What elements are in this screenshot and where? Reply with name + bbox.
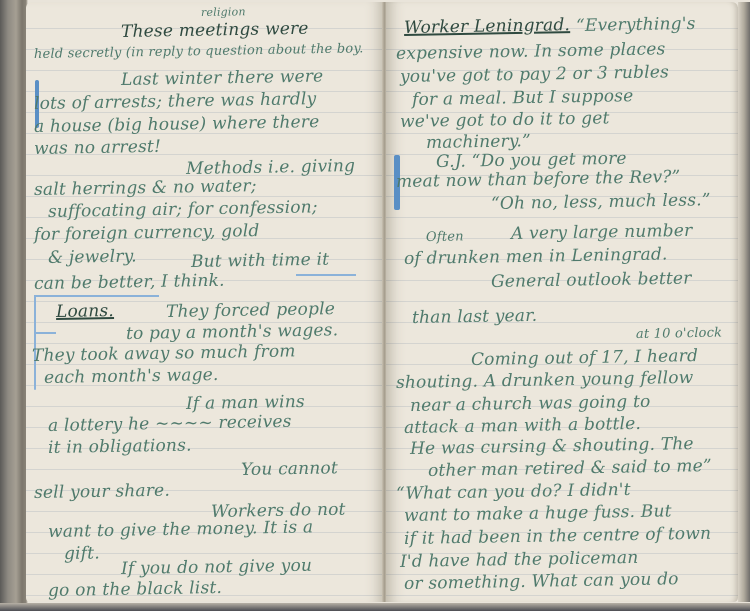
handwritten-line: was no arrest! [34, 137, 161, 159]
handwritten-line: for foreign currency, gold [34, 221, 260, 245]
handwritten-line: to pay a month's wages. [126, 320, 339, 344]
handwritten-line: These meetings were [121, 19, 309, 42]
handwritten-line: But with time it [191, 250, 329, 272]
handwritten-line: “What can you do? I didn't [396, 480, 631, 504]
handwritten-line: for a meal. But I suppose [412, 86, 634, 110]
handwritten-line: sell your share. [34, 481, 170, 503]
handwritten-line: near a church was going to [410, 392, 651, 416]
handwritten-line: They took away so much from [32, 341, 296, 366]
margin-bracket-stub [36, 332, 56, 334]
handwritten-line: Often [426, 229, 464, 245]
notebook-right-edge [738, 2, 750, 602]
notebook-spread: religion These meetings were held secret… [0, 0, 750, 611]
handwritten-line: go on the black list. [48, 578, 222, 601]
handwritten-line: attack a man with a bottle. [404, 414, 641, 438]
handwritten-line: expensive now. In some places [396, 39, 666, 64]
handwritten-line: I'd have had the policeman [400, 548, 639, 572]
handwritten-line: They forced people [166, 299, 335, 322]
handwritten-line: Methods i.e. giving [186, 156, 356, 179]
handwritten-line: lots of arrests; there was hardly [34, 89, 317, 114]
handwritten-line: other man retired & said to me” [428, 456, 712, 481]
handwritten-line: if it had been in the centre of town [404, 524, 712, 549]
handwritten-line: or something. What can you do [404, 569, 679, 594]
handwritten-line: A very large number [511, 221, 693, 244]
handwritten-line: want to give the money. It is a [48, 517, 314, 542]
handwritten-line: religion [201, 5, 246, 19]
handwritten-line: Coming out of 17, I heard [471, 346, 698, 370]
handwritten-line: want to make a huge fuss. But [404, 501, 672, 526]
right-page: Worker Leningrad. “Everything's expensiv… [386, 2, 738, 602]
handwritten-line: a lottery he ~~~~ receives [48, 412, 292, 436]
handwritten-line: held secretly (in reply to question abou… [34, 41, 364, 62]
handwritten-line: suffocating air; for confession; [48, 197, 318, 222]
left-page: religion These meetings were held secret… [26, 2, 384, 602]
handwritten-line: a house (big house) where there [34, 112, 320, 137]
handwritten-line: than last year. [412, 306, 538, 328]
handwritten-line: we've got to do it to get [400, 108, 610, 132]
handwritten-line: at 10 o'clock [636, 325, 722, 342]
handwritten-line: “Oh no, less, much less.” [491, 190, 711, 214]
handwritten-line: meat now than before the Rev?” [396, 167, 681, 192]
handwritten-line: it in obligations. [48, 435, 192, 458]
handwritten-line: salt herrings & no water; [34, 176, 257, 200]
handwritten-line: “Everything's [576, 14, 696, 36]
handwritten-line: He was cursing & shouting. The [410, 434, 694, 459]
handwritten-line: If you do not give you [121, 556, 312, 579]
margin-bracket-side [34, 295, 36, 390]
handwritten-line: each month's wage. [44, 365, 219, 388]
handwritten-line: Last winter there were [121, 66, 324, 90]
handwritten-line: If a man wins [186, 392, 305, 414]
margin-bracket-top [34, 295, 159, 297]
handwritten-line: can be better, I think. [34, 271, 225, 294]
handwritten-line: You cannot [241, 458, 338, 480]
notebook-bottom-edge [0, 603, 750, 611]
margin-underline-mid [296, 274, 356, 276]
handwritten-line: General outlook better [491, 269, 692, 292]
section-heading-loans: Loans. [56, 301, 114, 322]
handwritten-line: & jewelry. [48, 246, 137, 268]
handwritten-line: shouting. A drunken young fellow [396, 368, 694, 393]
handwritten-line: gift. [64, 543, 100, 564]
section-heading-worker: Worker Leningrad. [404, 15, 570, 38]
handwritten-line: you've got to pay 2 or 3 rubles [400, 62, 669, 87]
handwritten-line: of drunken men in Leningrad. [404, 244, 668, 269]
